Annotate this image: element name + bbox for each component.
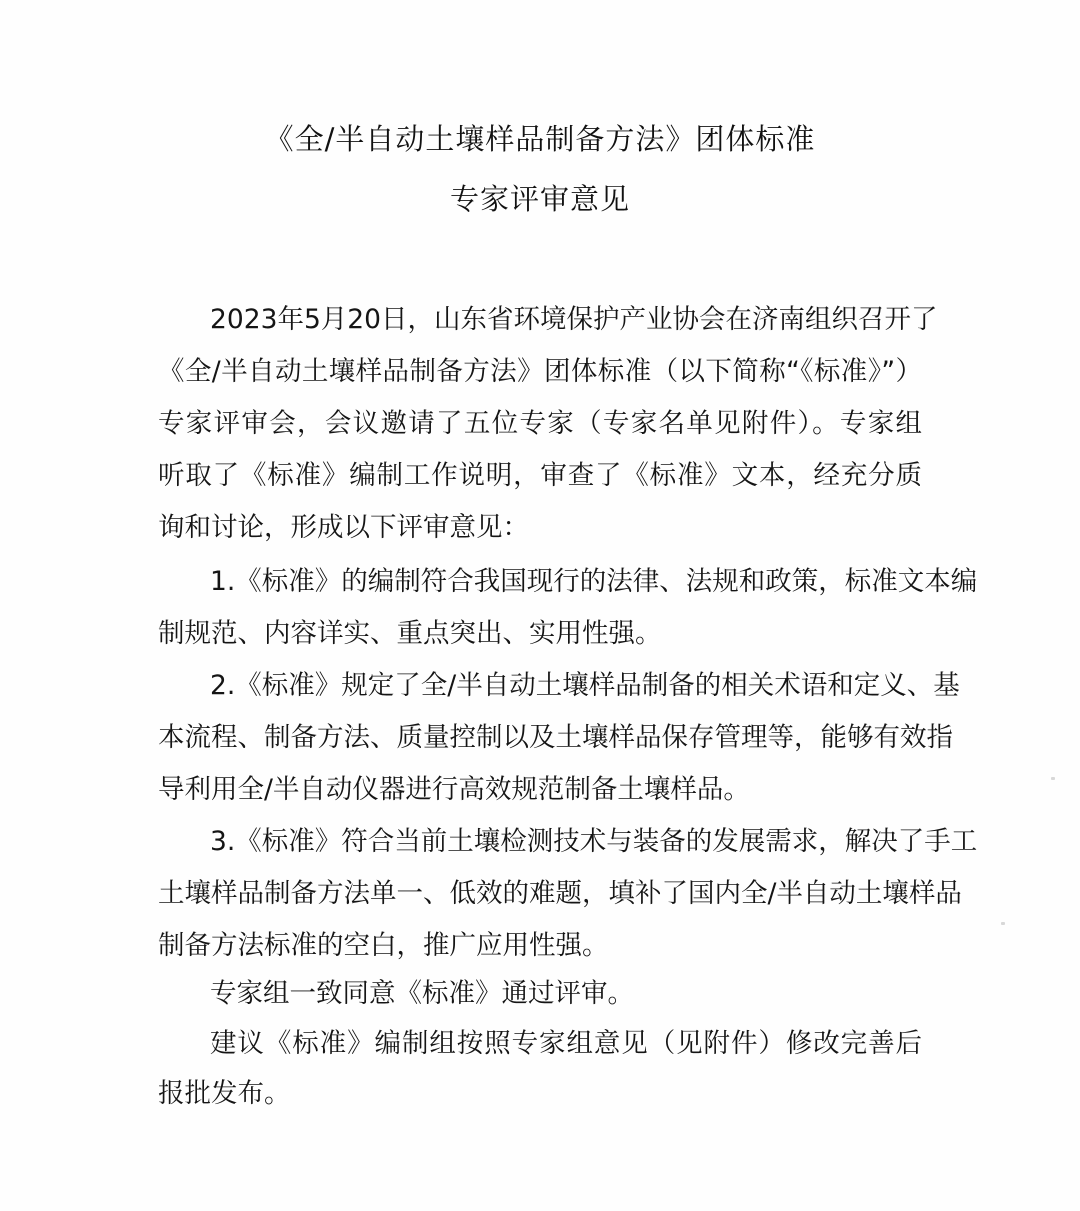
document-subtitle: 专家评审意见 bbox=[0, 177, 1080, 218]
scan-artifact bbox=[1051, 777, 1055, 780]
opinion-item-3-line-2: 土壤样品制备方法单一、低效的难题，填补了国内全/半自动土壤样品 bbox=[158, 877, 922, 911]
document-page: 《全/半自动土壤样品制备方法》团体标准 专家评审意见 2023年5月20日，山东… bbox=[0, 0, 1080, 1211]
paragraph-intro-line-4: 听取了《标准》编制工作说明，审查了《标准》文本，经充分质 bbox=[158, 459, 922, 493]
document-title: 《全/半自动土壤样品制备方法》团体标准 bbox=[0, 117, 1080, 158]
opinion-item-2-line-1: 2.《标准》规定了全/半自动土壤样品制备的相关术语和定义、基 bbox=[210, 669, 922, 703]
recommendation-line-2: 报批发布。 bbox=[158, 1077, 922, 1111]
paragraph-intro-line-1: 2023年5月20日，山东省环境保护产业协会在济南组织召开了 bbox=[210, 303, 922, 337]
scan-artifact bbox=[1001, 922, 1005, 925]
recommendation-line-1: 建议《标准》编制组按照专家组意见（见附件）修改完善后 bbox=[210, 1027, 922, 1061]
opinion-item-2-line-2: 本流程、制备方法、质量控制以及土壤样品保存管理等，能够有效指 bbox=[158, 721, 922, 755]
paragraph-intro-line-3: 专家评审会，会议邀请了五位专家（专家名单见附件）。专家组 bbox=[158, 407, 922, 441]
conclusion-line: 专家组一致同意《标准》通过评审。 bbox=[210, 977, 922, 1011]
opinion-item-3-line-3: 制备方法标准的空白，推广应用性强。 bbox=[158, 929, 922, 963]
opinion-item-1-line-2: 制规范、内容详实、重点突出、实用性强。 bbox=[158, 617, 922, 651]
opinion-item-3-line-1: 3.《标准》符合当前土壤检测技术与装备的发展需求，解决了手工 bbox=[210, 825, 922, 859]
paragraph-intro-line-2: 《全/半自动土壤样品制备方法》团体标准（以下简称“《标准》”） bbox=[158, 355, 922, 389]
opinion-item-1-line-1: 1.《标准》的编制符合我国现行的法律、法规和政策，标准文本编 bbox=[210, 565, 922, 599]
paragraph-intro-line-5: 询和讨论，形成以下评审意见： bbox=[158, 511, 922, 545]
opinion-item-2-line-3: 导利用全/半自动仪器进行高效规范制备土壤样品。 bbox=[158, 773, 922, 807]
